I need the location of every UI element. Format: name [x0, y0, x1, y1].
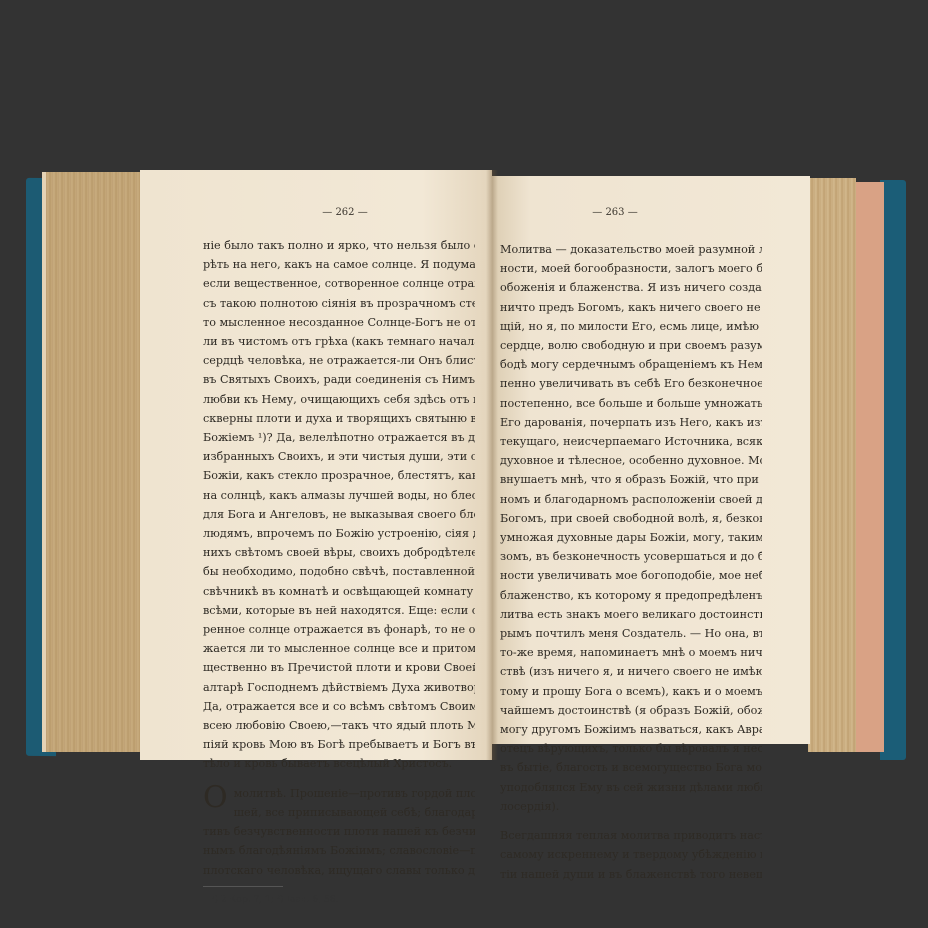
text-line: сердце, волю свободную и при своемъ разу… [500, 336, 762, 355]
text-line: литва есть знакъ моего великаго достоинс… [500, 605, 762, 624]
text-line: постепенно, все больше и больше умножать… [500, 394, 762, 413]
text-line: шей, все приписывающей себѣ; благодарені… [234, 803, 475, 822]
text-line: номъ и благодарномъ расположеніи своей д… [500, 490, 762, 509]
right-page-text: Молитва — доказательство моей разумной л… [500, 240, 762, 884]
left-page-text: ніе было такъ полно и ярко, что нельзя б… [203, 236, 475, 910]
text-line: ности, моей богообразности, залогъ моего… [500, 259, 762, 278]
page-block-edge-left [42, 172, 146, 752]
paragraph: Всегдашняя теплая молитва приводитъ насъ… [500, 826, 762, 884]
text-line: Молитва — доказательство моей разумной л… [500, 240, 762, 259]
text-line: обоженія и блаженства. Я изъ ничего созд… [500, 278, 762, 297]
text-line: на солнцѣ, какъ алмазы лучшей воды, но б… [203, 486, 475, 505]
text-line: рымъ почтилъ меня Создатель. — Но она, в… [500, 624, 762, 643]
text-line: тѣло и кровь бываетъ всецѣлый Христосъ. [203, 754, 475, 773]
text-line: ничто предъ Богомъ, какъ ничего своего н… [500, 298, 762, 317]
text-line: лосердія). [500, 797, 762, 816]
text-line: тивъ безчувственности плоти нашей къ без… [203, 822, 475, 841]
text-line: духовное и тѣлесное, особенно духовное. … [500, 451, 762, 470]
text-line: могу другомъ Божіимъ назваться, какъ Авр… [500, 720, 762, 739]
text-line: ренное солнце отражается въ фонарѣ, то н… [203, 620, 475, 639]
paragraph: Молитва — доказательство моей разумной л… [500, 240, 762, 816]
text-line: то мысленное несозданное Солнце-Богъ не … [203, 313, 475, 332]
text-line: молитвѣ. Прошеніе—противъ гордой плоти н… [234, 784, 475, 803]
book-gutter [486, 170, 498, 760]
text-line: въ бытіе, благость и всемогущество Бога … [500, 758, 762, 777]
drop-cap: О [203, 787, 228, 809]
text-line: для Бога и Ангеловъ, не выказывая своего… [203, 505, 475, 524]
text-line: тому и прошу Бога о всемъ), какъ и о мое… [500, 682, 762, 701]
text-line: любви къ Нему, очищающихъ себя здѣсь отъ… [203, 390, 475, 409]
footnote-rule [203, 886, 283, 887]
text-line: Всегдашняя теплая молитва приводитъ насъ… [500, 826, 762, 845]
text-line: то-же время, напоминаетъ мнѣ о моемъ нич… [500, 643, 762, 662]
text-line: свѣчникѣ въ комнатѣ и освѣщающей комнату… [203, 582, 475, 601]
text-line: бы необходимо, подобно свѣчѣ, поставленн… [203, 562, 475, 581]
text-line: щій, но я, по милости Его, есмь лице, им… [500, 317, 762, 336]
text-line: избранныхъ Своихъ, и эти чистыя души, эт… [203, 447, 475, 466]
text-line: ніе было такъ полно и ярко, что нельзя б… [203, 236, 475, 255]
text-line: нымъ благодѣяніямъ Божіимъ; славословіе—… [203, 841, 475, 860]
text-line: пенно увеличивать въ себѣ Его безконечно… [500, 374, 762, 393]
text-line: ли въ чистомъ отъ грѣха (какъ темнаго на… [203, 332, 475, 351]
text-line: уподоблялся Ему въ сей жизни дѣлами любв… [500, 778, 762, 797]
text-line: Богомъ, при своей свободной волѣ, я, без… [500, 509, 762, 528]
text-line: алтарѣ Господнемъ дѣйствіемъ Духа животв… [203, 678, 475, 697]
text-line: піяй кровь Мою въ Богѣ пребываетъ и Богъ… [203, 735, 475, 754]
page-number-left: — 262 — [300, 207, 390, 218]
text-line: въ Святыхъ Своихъ, ради соединенія съ Ни… [203, 370, 475, 389]
text-line: тіи нашей души и въ блаженствѣ того неве… [500, 865, 762, 884]
text-line: всѣми, которые въ ней находятся. Еще: ес… [203, 601, 475, 620]
text-line: чайшемъ достоинствѣ (я образъ Божій, обо… [500, 701, 762, 720]
text-line: скверны плоти и духа и творящихъ святыню… [203, 409, 475, 428]
text-line: жается ли то мысленное солнце все и прит… [203, 639, 475, 658]
text-line: умножая духовные дары Божіи, могу, таким… [500, 528, 762, 547]
text-line: ности увеличивать мое богоподобіе, мое н… [500, 566, 762, 585]
text-line: если вещественное, сотворенное солнце от… [203, 274, 475, 293]
text-line: зомъ, въ безконечность усовершаться и до… [500, 547, 762, 566]
text-line: щественно въ Пречистой плоти и крови Сво… [203, 658, 475, 677]
endpaper-right [852, 182, 884, 752]
text-line: отецъ вѣрующихъ, только бы вѣровалъ я не… [500, 739, 762, 758]
text-line: блаженство, къ которому я предопредѣленъ… [500, 586, 762, 605]
text-line: всею любовію Своею,—такъ что ядый плоть … [203, 716, 475, 735]
page-number-right: — 263 — [570, 207, 660, 218]
text-line: нихъ свѣтомъ своей вѣры, своихъ добродѣт… [203, 543, 475, 562]
text-line: сердцѣ человѣка, не отражается-ли Онъ бл… [203, 351, 475, 370]
text-line: текущаго, неисчерпаемаго Источника, всяк… [500, 432, 762, 451]
paragraph-drop-cap: О молитвѣ. Прошеніе—противъ гордой плоти… [203, 784, 475, 880]
text-line: съ такою полнотою сіянія въ прозрачномъ … [203, 294, 475, 313]
text-line: внушаетъ мнѣ, что я образъ Божій, что пр… [500, 470, 762, 489]
text-line: Божіи, какъ стекло прозрачное, блестятъ,… [203, 466, 475, 485]
text-line: Божіемъ ¹)? Да, велелѣпотно отражается в… [203, 428, 475, 447]
footnotes: ¹) 2 Кор. 7, 1; ²) Іоан. 6, 56. [203, 891, 475, 910]
paragraph: ніе было такъ полно и ярко, что нельзя б… [203, 236, 475, 774]
page-block-edge-right [808, 178, 856, 752]
text-line: рѣть на него, какъ на самое солнце. Я по… [203, 255, 475, 274]
text-line: Его дарованія, почерпать изъ Него, какъ … [500, 413, 762, 432]
text-line: Да, отражается все и со всѣмъ свѣтомъ Св… [203, 697, 475, 716]
text-line: ствѣ (изъ ничего я, и ничего своего не и… [500, 662, 762, 681]
text-line: людямъ, впрочемъ по Божію устроенію, сія… [203, 524, 475, 543]
text-line: плотскаго человѣка, ищущаго славы только… [203, 861, 475, 880]
text-line: самому искреннему и твердому убѣжденію в… [500, 845, 762, 864]
text-line: бодѣ могу сердечнымъ обращеніемъ къ Нему… [500, 355, 762, 374]
